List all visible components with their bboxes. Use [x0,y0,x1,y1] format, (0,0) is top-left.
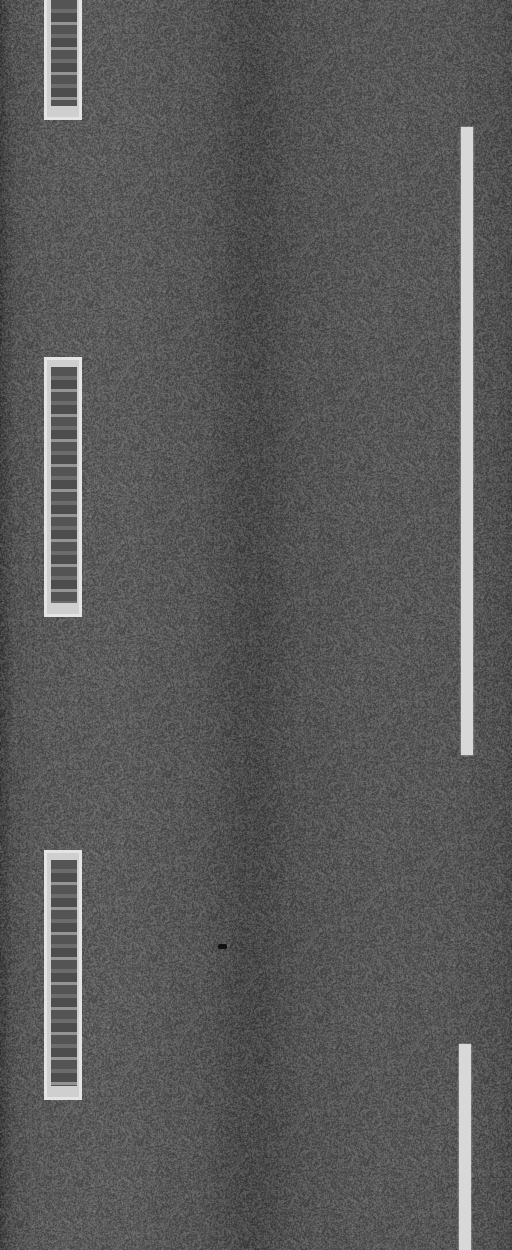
right-solid-marking [461,127,473,755]
left-dashed-marking [44,357,82,617]
left-dashed-marking [44,850,82,1100]
road-edge-line [30,640,32,1250]
road-stain [218,944,227,949]
left-dashed-marking [44,0,82,120]
right-solid-marking [459,1044,471,1250]
road-surface [0,0,512,1250]
